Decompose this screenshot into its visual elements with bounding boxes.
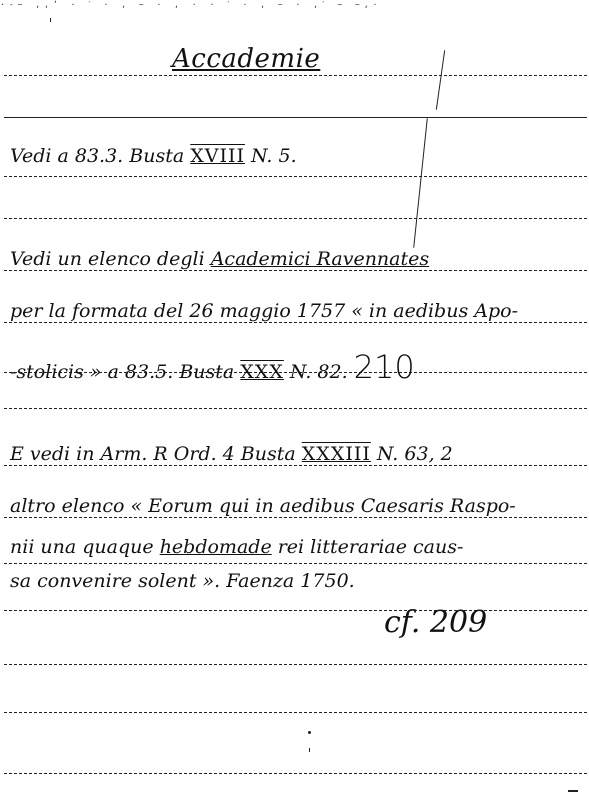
entry-text: Vedi a 83.3. Busta — [10, 145, 190, 167]
scan-noise-top-edge: ·-~ ,,ʼ · ˊ · , ~ · , · · ˊ · , ~ · ,ˊ ~… — [0, 0, 589, 12]
busta-roman-numeral: XXXIII — [302, 443, 371, 465]
entry-text: N. 63, 2 — [371, 443, 453, 465]
entry-text: rei litterariae caus- — [272, 536, 464, 558]
ruled-line — [4, 408, 587, 409]
ruled-line — [4, 117, 587, 118]
entry-text: N. 5. — [245, 145, 297, 167]
entry-line: sa convenire solent ». Faenza 1750. — [10, 570, 355, 592]
ruled-line — [4, 176, 587, 177]
ruled-line — [4, 218, 587, 219]
entry-line: -stolicis » a 83.5. Busta XXX N. 82. 210 — [10, 348, 415, 386]
busta-roman-numeral: XVIII — [190, 145, 245, 167]
pencil-stroke — [413, 118, 428, 247]
entry-line: altro elenco « Eorum qui in aedibus Caes… — [10, 495, 516, 517]
ruled-line — [4, 712, 587, 713]
cross-reference: cf. 209 — [384, 605, 487, 640]
ruled-line — [4, 270, 587, 271]
ink-speck — [50, 18, 51, 22]
entry-text: altro elenco « Eorum qui in aedibus Caes… — [10, 495, 516, 517]
emphasized-term: hebdomade — [160, 536, 272, 558]
entry-text: per la formata del 26 maggio 1757 « in a… — [10, 300, 518, 322]
emphasized-term: Academici Ravennates — [211, 248, 429, 270]
ruled-line — [4, 664, 587, 665]
entry-text: Vedi un elenco degli — [10, 248, 211, 270]
ruled-line — [4, 610, 587, 611]
ruled-line — [4, 465, 587, 466]
archive-index-card: ·-~ ,,ʼ · ˊ · , ~ · , · · ˊ · , ~ · ,ˊ ~… — [0, 0, 589, 800]
ink-speck — [568, 790, 578, 792]
page-number: 210 — [354, 348, 415, 386]
busta-roman-numeral: XXX — [240, 361, 284, 383]
entry-line: E vedi in Arm. R Ord. 4 Busta XXXIII N. … — [10, 443, 453, 465]
card-title: Accademie — [172, 44, 320, 74]
ruled-line — [4, 773, 587, 774]
entry-text: sa convenire solent ». Faenza 1750. — [10, 570, 355, 592]
entry-line: Vedi un elenco degli Academici Ravennate… — [10, 248, 429, 270]
ink-speck — [308, 731, 311, 734]
ruled-line — [4, 322, 587, 323]
entry-line: nii una quaque hebdomade rei litterariae… — [10, 536, 463, 558]
entry-line: per la formata del 26 maggio 1757 « in a… — [10, 300, 518, 322]
pencil-stroke — [436, 50, 445, 110]
ink-speck — [309, 748, 310, 752]
ruled-line — [4, 563, 587, 564]
entry-text: -stolicis » a 83.5. Busta — [10, 361, 240, 383]
ruled-line — [4, 75, 587, 76]
entry-text: nii una quaque — [10, 536, 160, 558]
entry-text: N. 82. — [284, 361, 354, 383]
entry-line: Vedi a 83.3. Busta XVIII N. 5. — [10, 145, 297, 167]
ruled-line — [4, 517, 587, 518]
entry-text: E vedi in Arm. R Ord. 4 Busta — [10, 443, 302, 465]
